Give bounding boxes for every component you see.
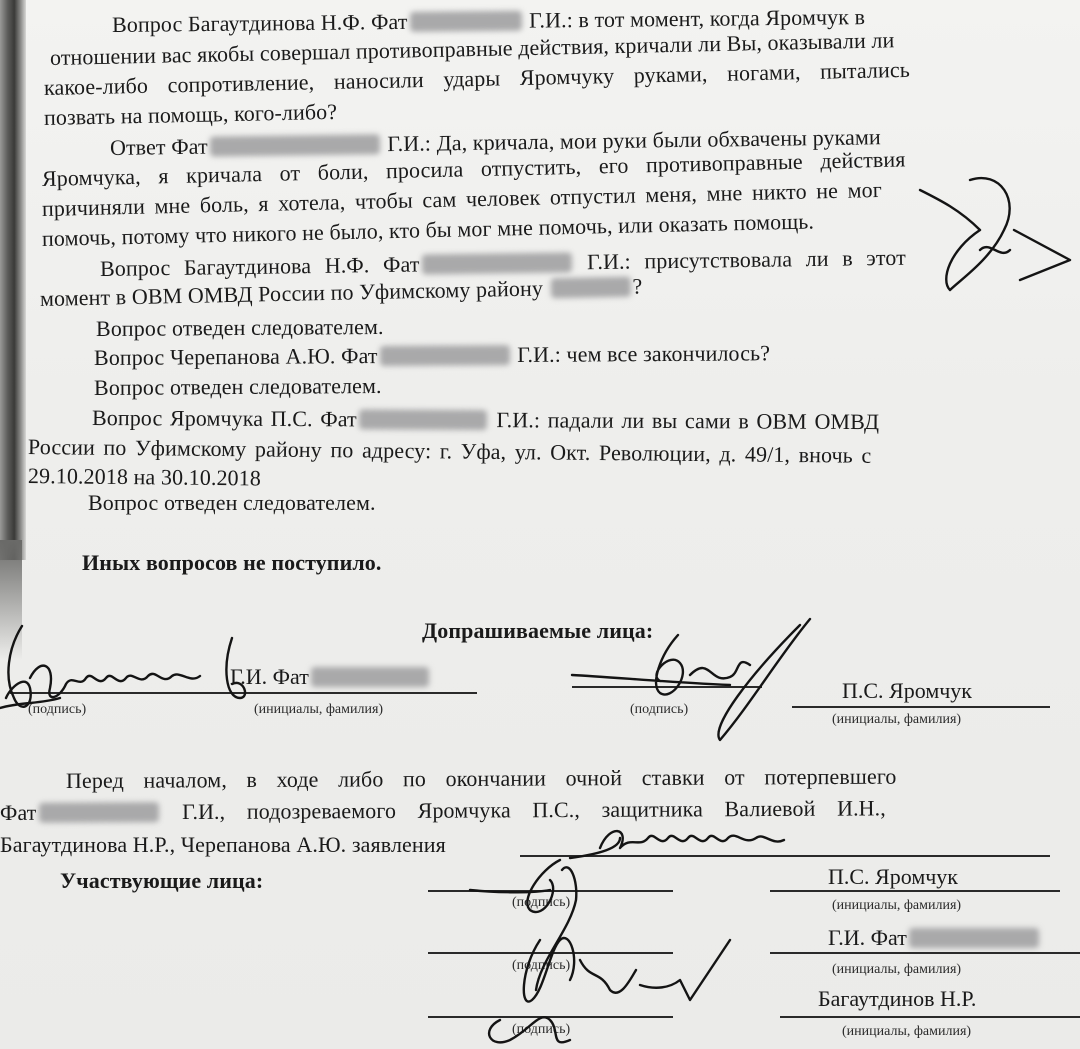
name-caption: (инициалы, фамилия)	[832, 712, 961, 728]
text-line: 29.10.2018 на 30.10.2018	[28, 463, 261, 491]
participant-signatures	[440, 850, 800, 1049]
redacted-surname	[311, 667, 429, 687]
name-line	[780, 1016, 1080, 1018]
statement-line: Багаутдинова Н.Р., Черепанова А.Ю. заявл…	[0, 832, 446, 858]
signature-yaromchuk	[560, 615, 820, 745]
redacted-surname	[38, 802, 158, 823]
name-caption: (инициалы, фамилия)	[832, 898, 961, 914]
question-line: Вопрос Яромчука П.С. Фат Г.И.: падали ли…	[92, 405, 879, 435]
no-more-questions: Иных вопросов не поступило.	[82, 550, 382, 576]
text-line: позвать на помощь, кого-либо?	[44, 99, 338, 131]
signature-fatkhislamova	[0, 618, 260, 728]
name-caption: (инициалы, фамилия)	[832, 962, 961, 978]
redacted-surname	[909, 928, 1039, 948]
redacted-surname	[421, 252, 571, 274]
redacted-surname	[359, 409, 487, 430]
signer-name: Г.И. Фат	[828, 925, 1041, 951]
signer-name: Г.И. Фат	[230, 664, 431, 690]
name-line	[770, 890, 1060, 892]
redacted-surname	[409, 11, 521, 32]
margin-signature	[920, 170, 1080, 310]
signer-name: Багаутдинов Н.Р.	[818, 986, 976, 1012]
document-page: Вопрос Багаутдинова Н.Ф. Фат Г.И.: в тот…	[0, 0, 1080, 1049]
ruling-line: Вопрос отведен следователем.	[94, 373, 382, 401]
name-line	[770, 952, 1080, 954]
name-caption: (инициалы, фамилия)	[254, 702, 383, 718]
name-caption: (инициалы, фамилия)	[842, 1024, 971, 1040]
signer-name: П.С. Яромчук	[842, 678, 972, 704]
redacted-surname	[210, 134, 380, 156]
participants-heading: Участвующие лица:	[60, 868, 263, 894]
redacted-surname	[379, 345, 509, 366]
redacted-place	[550, 277, 630, 299]
name-line	[792, 706, 1050, 708]
signer-name: П.С. Яромчук	[828, 864, 958, 890]
question-line: Вопрос Черепанова А.Ю. Фат Г.И.: чем все…	[94, 340, 770, 371]
ruling-line: Вопрос отведен следователем.	[88, 490, 376, 516]
ruling-line: Вопрос отведен следователем.	[96, 314, 384, 342]
statement-line: Перед началом, в ходе либо по окончании …	[66, 763, 1024, 794]
page-binding-edge	[0, 0, 26, 560]
